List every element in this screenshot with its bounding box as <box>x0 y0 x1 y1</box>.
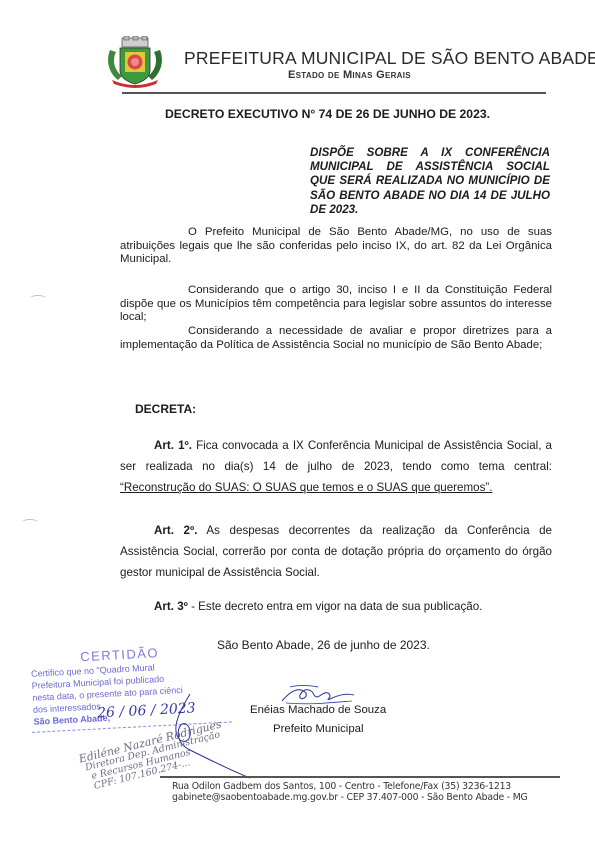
ementa-line: QUE SERÁ REALIZADA NO MUNICÍPIO DE <box>310 174 550 188</box>
header-divider <box>122 92 546 94</box>
footer-contact: gabinete@saobentoabade.mg.gov.br - CEP 3… <box>172 792 528 803</box>
footer-divider <box>160 776 560 778</box>
decree-ementa: DISPÕE SOBRE A IX CONFERÊNCIA MUNICIPAL … <box>310 146 550 217</box>
signer-name: Enéias Machado de Souza <box>250 704 386 716</box>
coat-of-arms-icon <box>104 36 166 88</box>
ementa-line: DE 2023. <box>310 203 550 217</box>
article-label: Art. 3º <box>154 600 188 613</box>
ementa-line: DISPÕE SOBRE A IX CONFERÊNCIA <box>310 146 550 160</box>
considerando-paragraph-1: Considerando que o artigo 30, inciso I e… <box>120 284 552 325</box>
article-label: Art. 1º. <box>154 439 192 452</box>
conference-theme: “Reconstrução do SUAS: O SUAS que temos … <box>120 481 492 494</box>
preamble-paragraph: O Prefeito Municipal de São Bento Abade/… <box>120 226 552 267</box>
header-subtitle: Estado de Minas Gerais <box>288 69 411 81</box>
article-text: - Este decreto entra em vigor na data de… <box>188 600 483 613</box>
decree-title: DECRETO EXECUTIVO N° 74 DE 26 DE JUNHO D… <box>165 107 490 121</box>
footer-address: Rua Odilon Gadbem dos Santos, 100 - Cent… <box>172 781 511 792</box>
punch-hole-mark <box>22 519 38 526</box>
article-label: Art. 2º. <box>154 524 197 537</box>
ementa-line: MUNICIPAL DE ASSISTÊNCIA SOCIAL <box>310 160 550 174</box>
ementa-line: SÃO BENTO ABADE NO DIA 14 DE JULHO <box>310 189 550 203</box>
article-3: Art. 3º - Este decreto entra em vigor na… <box>120 596 552 617</box>
article-1: Art. 1º. Fica convocada a IX Conferência… <box>120 435 552 498</box>
signer-role: Prefeito Municipal <box>273 723 364 735</box>
header-title: PREFEITURA MUNICIPAL DE SÃO BENTO ABADE <box>184 48 595 69</box>
decreta-heading: DECRETA: <box>135 402 196 416</box>
punch-hole-mark <box>30 295 46 302</box>
considerando-paragraph-2: Considerando a necessidade de avaliar e … <box>120 325 552 352</box>
place-and-date: São Bento Abade, 26 de junho de 2023. <box>217 638 430 652</box>
article-2: Art. 2º. As despesas decorrentes da real… <box>120 520 552 583</box>
